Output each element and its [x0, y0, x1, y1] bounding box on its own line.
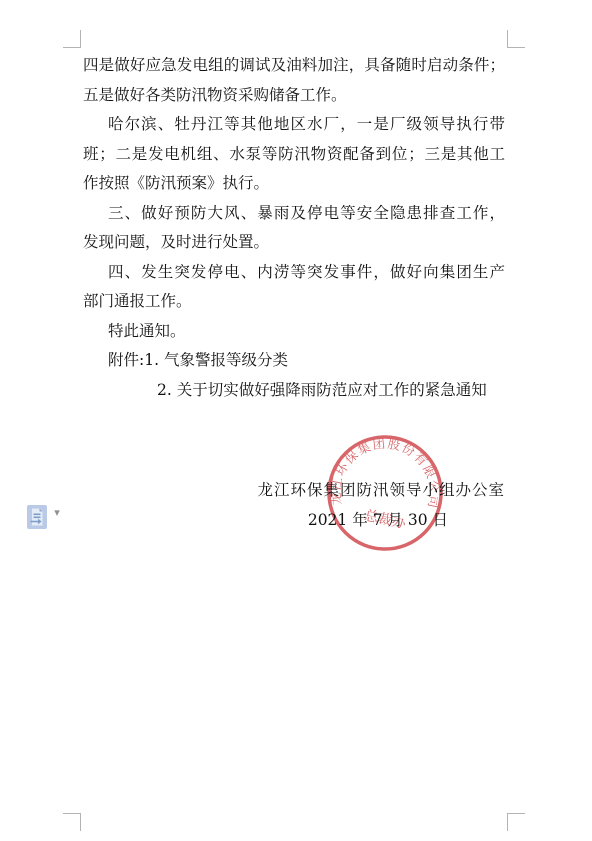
text-line: 特此通知。 — [83, 317, 505, 347]
text-line: 四是做好应急发电组的调试及油料加注，具备随时启动条件； — [83, 51, 505, 81]
document-body: 四是做好应急发电组的调试及油料加注，具备随时启动条件； 五是做好各类防汛物资采购… — [83, 51, 505, 405]
text-line: 哈尔滨、牡丹江等其他地区水厂，一是厂级领导执行带 — [83, 110, 505, 140]
text-line: 作按照《防汛预案》执行。 — [83, 169, 505, 199]
crop-mark-bottom-right-icon — [507, 813, 525, 831]
dropdown-arrow-icon[interactable]: ▾ — [51, 507, 63, 518]
crop-mark-top-right-icon — [507, 30, 525, 48]
crop-mark-bottom-left-icon — [63, 813, 81, 831]
attachment-line: 2. 关于切实做好强降雨防范应对工作的紧急通知 — [83, 376, 505, 406]
closing-block: 龙江环保集团防汛领导小组办公室 2021 年 7 月 30 日 — [83, 476, 505, 535]
text-line: 班；二是发电机组、水泵等防汛物资配备到位；三是其他工 — [83, 140, 505, 170]
crop-mark-top-left-icon — [63, 30, 81, 48]
text-line: 部门通报工作。 — [83, 287, 505, 317]
document-page: 四是做好应急发电组的调试及油料加注，具备随时启动条件； 五是做好各类防汛物资采购… — [0, 0, 592, 841]
floating-document-icon[interactable] — [27, 505, 47, 529]
text-line: 发现问题，及时进行处置。 — [83, 228, 505, 258]
text-line: 四、发生突发停电、内涝等突发事件，做好向集团生产 — [83, 258, 505, 288]
attachment-line: 附件:1. 气象警报等级分类 — [83, 346, 505, 376]
signature-date: 2021 年 7 月 30 日 — [83, 506, 505, 536]
text-line: 五是做好各类防汛物资采购储备工作。 — [83, 81, 505, 111]
text-line: 三、做好预防大风、暴雨及停电等安全隐患排查工作， — [83, 199, 505, 229]
signature-office: 龙江环保集团防汛领导小组办公室 — [83, 476, 505, 506]
